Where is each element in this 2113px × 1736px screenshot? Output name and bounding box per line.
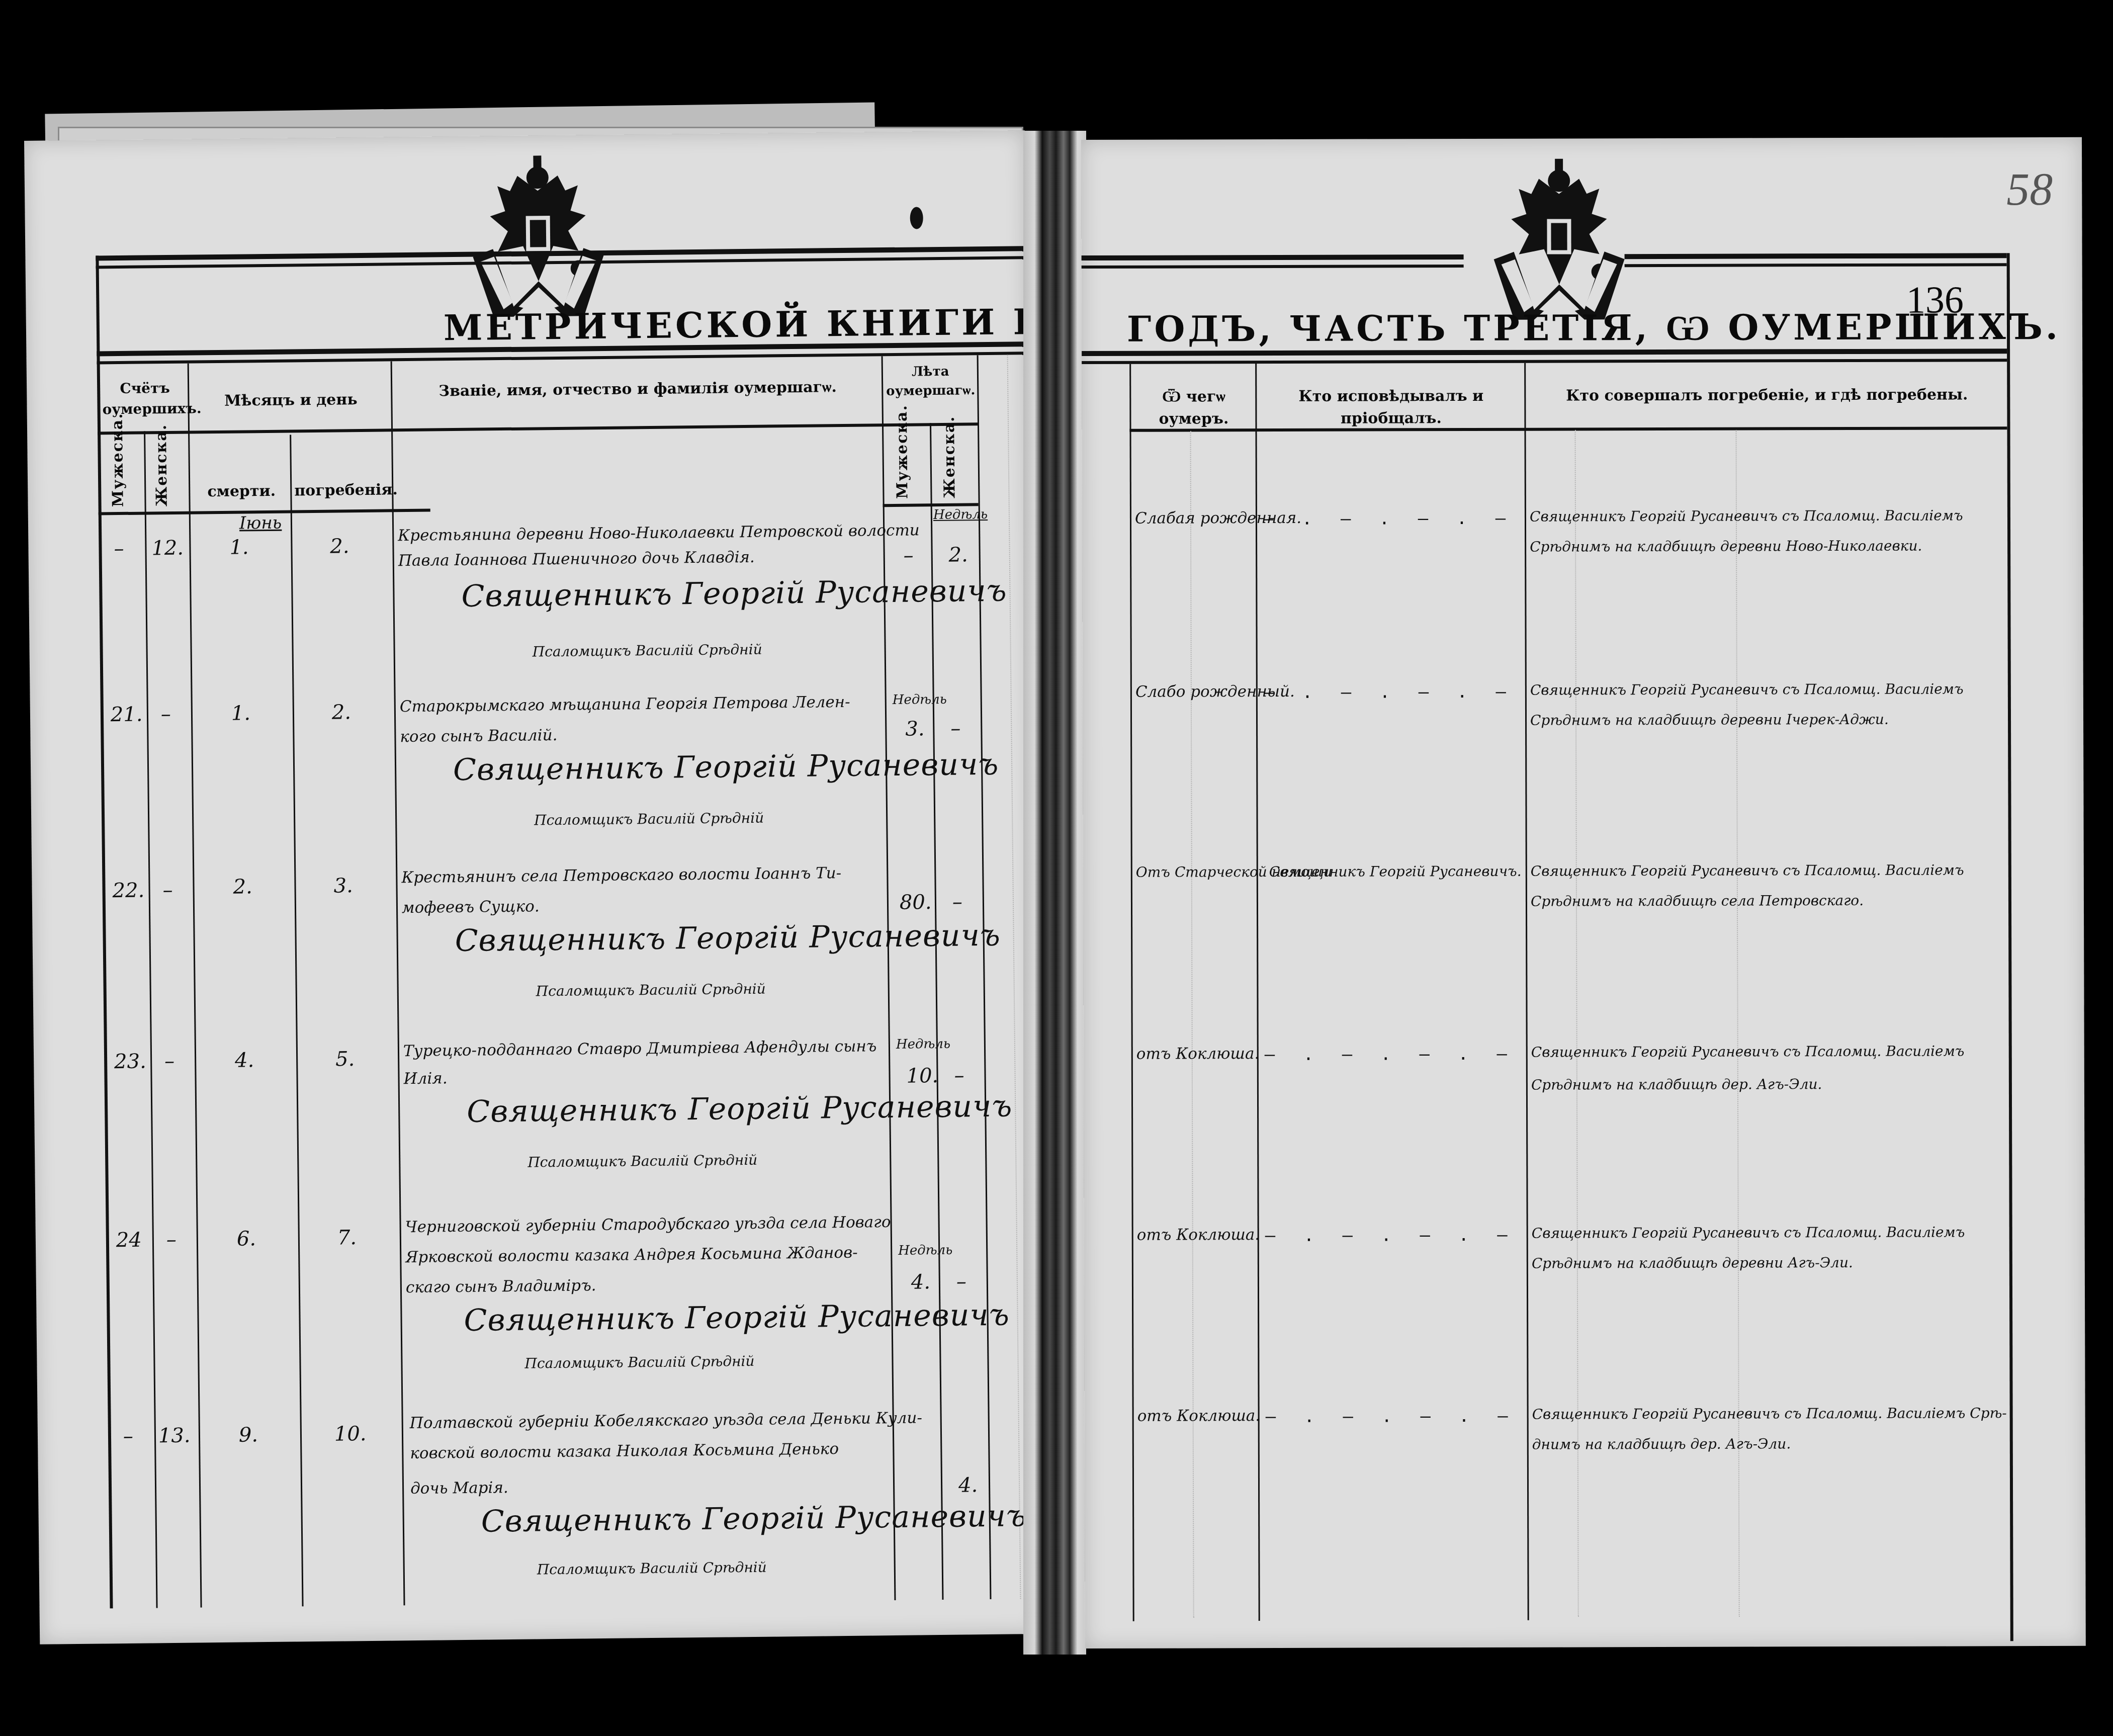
binding-hole — [910, 207, 923, 229]
entry-burial-line: Священникъ Георгій Русаневичъ съ Псаломщ… — [1531, 861, 1964, 879]
header-age: Лѣта оумершагѡ. — [884, 362, 978, 401]
imperial-eagle-emblem — [462, 155, 614, 322]
entry-death-day: 2. — [233, 875, 252, 898]
entry-row-right: отъ Коклюша. — . — . — . — Священникъ Ге… — [1081, 137, 2082, 140]
entry-row-right: Слабая рожденная. — . — . — . — Священни… — [1081, 137, 2082, 140]
entry-burial-day: 3. — [333, 874, 353, 897]
psalmist-signature: Псаломщикъ Василій Срѣдній — [524, 1353, 754, 1372]
entry-identity-line: Черниговской губерніи Стародубскаго уѣзд… — [405, 1213, 891, 1236]
priest-signature: Священникъ Георгій Русаневичъ — [461, 573, 1007, 614]
entry-identity-line: Павла Іоаннова Пшеничного дочь Клавдія. — [398, 548, 755, 570]
col-divider — [1255, 364, 1260, 1621]
entry-male-number: 23. — [114, 1050, 146, 1074]
entry-burial-day: 10. — [334, 1422, 367, 1446]
col-divider — [1129, 364, 1134, 1621]
entry-burial-day: 5. — [335, 1048, 355, 1071]
double-headed-eagle-icon — [462, 155, 614, 322]
psalmist-signature: Псаломщикъ Василій Срѣдній — [534, 810, 764, 829]
entry-age-male: 10. — [906, 1064, 938, 1088]
entry-burial-line: Священникъ Георгій Русаневичъ съ Псаломщ… — [1531, 1043, 1965, 1060]
entry-burial-line: Срѣднимъ на кладбищѣ деревни Ічерек-Аджи… — [1530, 711, 1889, 729]
double-headed-eagle-icon — [1483, 158, 1635, 325]
header-top-rule — [1082, 349, 2007, 364]
header-month-day: Мѣсяцъ и день — [193, 388, 389, 412]
archive-folio-number: 58 — [2006, 162, 2053, 216]
psalmist-signature: Псаломщикъ Василій Срѣдній — [537, 1559, 767, 1578]
entry-male-number: – — [114, 537, 124, 560]
entry-identity-line: Ярковской волости казака Андрея Косьмина… — [405, 1244, 858, 1266]
entry-burial-line: Священникъ Георгій Русаневичъ съ Псаломщ… — [1530, 507, 1963, 525]
entry-identity-line: ковской волости казака Николая Косьмина … — [410, 1440, 839, 1462]
entry-age-male: – — [903, 544, 913, 567]
imperial-eagle-emblem — [1483, 158, 1635, 325]
entry-row-right: отъ Коклюша. — . — . — . — Священникъ Ге… — [1081, 137, 2082, 140]
entry-identity-line: Полтавской губерніи Кобелякскаго уѣзда с… — [410, 1409, 923, 1432]
entry-burial-line: Срѣднимъ на кладбищѣ дер. Агъ-Эли. — [1531, 1076, 1822, 1093]
entry-death-day: 6. — [237, 1227, 256, 1250]
entry-confessor: — . — . — . — — [1264, 682, 1515, 703]
entry-death-day: 4. — [235, 1049, 254, 1072]
entry-identity-line: Крестьянина деревни Ново-Николаевки Петр… — [398, 521, 920, 545]
entry-male-number: 22. — [112, 879, 144, 903]
entry-burial-line: Срѣднимъ на кладбищѣ деревни Агъ-Эли. — [1532, 1254, 1853, 1272]
priest-signature: Священникъ Георгій Русаневичъ — [467, 1089, 1013, 1130]
entry-burial-line: Срѣднимъ на кладбищѣ деревни Ново-Никола… — [1530, 538, 1922, 555]
header-age-female: Женска. — [938, 432, 969, 498]
entry-confessor: — . — . — . — — [1265, 1225, 1517, 1246]
book-spine-binding — [1023, 131, 1086, 1655]
margin-guide — [1007, 355, 1021, 1599]
priest-signature: Священникъ Георгій Русаневичъ — [481, 1498, 1027, 1539]
entry-burial-day: 2. — [332, 701, 351, 724]
entry-female-number: – — [164, 1050, 174, 1073]
entry-row-right: отъ Коклюша. — . — . — . — Священникъ Ге… — [1081, 137, 2082, 140]
right-page: 58 136 ГОДЪ, ЧАСТЬ ТРЕТІЯ, Ѡ ОУМЕРШИХЪ. … — [1081, 137, 2086, 1648]
psalmist-signature: Псаломщикъ Василій Срѣдній — [536, 981, 766, 1000]
entry-age-female: – — [956, 1270, 966, 1293]
entry-female-number: – — [161, 703, 171, 726]
entry-identity-line: Крестьянинъ села Петровскаго волости Іоа… — [401, 864, 841, 887]
psalmist-signature: Псаломщикъ Василій Срѣдній — [533, 641, 762, 660]
entry-identity-line: Турецко-подданнаго Ставро Дмитріева Афен… — [403, 1037, 877, 1060]
entry-male-number: – — [123, 1425, 133, 1448]
entry-cause: отъ Коклюша. — [1137, 1407, 1261, 1425]
entry-age-male: 80. — [900, 891, 932, 914]
entry-identity-line: Илія. — [403, 1069, 447, 1088]
table-top-rule — [1625, 253, 2007, 267]
header-burial-officiant: Кто совершалъ погребеніе, и гдѣ погребен… — [1527, 384, 2007, 407]
col-divider — [188, 364, 202, 1608]
entry-age-male: 3. — [905, 717, 925, 740]
entry-identity-line: скаго сынъ Владиміръ. — [406, 1276, 596, 1296]
header-death-date: смерти. — [194, 480, 289, 503]
left-page: МЕТРИЧЕСКОЙ КНИГИ НА1912г. Счётъ оумерши… — [24, 130, 1040, 1644]
entry-female-number: – — [162, 879, 172, 902]
margin-guide — [1190, 431, 1194, 1618]
entry-burial-line: днимъ на кладбищѣ дер. Агъ-Эли. — [1532, 1435, 1791, 1452]
entry-female-number: 13. — [158, 1424, 191, 1448]
entry-age-female: 2. — [948, 543, 968, 566]
header-count-male: Мужеска. — [107, 442, 137, 507]
entry-age-unit: Недѣль — [896, 1036, 951, 1052]
entry-identity-line: Старокрымскаго мѣщанина Георгія Петрова … — [400, 693, 850, 716]
entry-cause: отъ Коклюша. — [1136, 1045, 1260, 1063]
entry-burial-line: Священникъ Георгій Русаневичъ съ Псаломщ… — [1532, 1405, 2007, 1422]
entry-male-number: 24 — [116, 1229, 142, 1252]
header-burial-date: погребенія. — [294, 479, 390, 501]
entry-death-day: 1. — [229, 536, 249, 559]
entry-burial-day: 2. — [330, 535, 349, 558]
priest-signature: Священникъ Георгій Русаневичъ — [455, 918, 1001, 959]
entry-confessor: — . — . — . — — [1265, 1044, 1516, 1065]
entry-identity-line: дочь Марія. — [410, 1479, 508, 1498]
psalmist-signature: Псаломщикъ Василій Срѣдній — [527, 1152, 757, 1171]
age-unit-label: Недѣль — [933, 507, 988, 523]
table-top-rule — [1082, 254, 1464, 269]
entry-burial-line: Священникъ Георгій Русаневичъ съ Псаломщ… — [1532, 1224, 1965, 1241]
entry-death-day: 9. — [239, 1423, 258, 1446]
col-divider — [290, 435, 303, 1606]
entry-age-unit: Недѣль — [898, 1243, 953, 1258]
priest-signature: Священникъ Георгій Русаневичъ — [464, 1297, 1010, 1338]
header-age-male: Мужеска. — [891, 433, 922, 499]
entry-female-number: 12. — [151, 537, 184, 560]
entry-cause: отъ Коклюша. — [1137, 1226, 1260, 1244]
col-divider — [144, 431, 158, 1608]
entry-row-right: Слабо рожденный. — . — . — . — Священник… — [1081, 137, 2082, 140]
header-confessor: Кто исповѣдывалъ и пріобщалъ. — [1258, 385, 1524, 429]
entry-female-number: – — [166, 1228, 177, 1251]
header-identity: Званіе, имя, отчество и фамилія оумершаг… — [399, 376, 876, 402]
entry-age-male: 4. — [911, 1270, 931, 1293]
title-prefix: МЕТРИЧЕСКОЙ КНИГИ НА — [444, 300, 1082, 349]
entry-confessor: — . — . — . — — [1263, 508, 1515, 529]
priest-signature: Священникъ Георгій Русаневичъ — [453, 747, 999, 788]
entry-age-unit: Недѣль — [893, 692, 947, 708]
entry-confessor: — . — . — . — — [1266, 1406, 1517, 1427]
month-label: Іюнь — [239, 513, 282, 534]
table-right-border — [2007, 253, 2013, 1641]
col-divider — [391, 361, 405, 1605]
col-divider — [1524, 363, 1529, 1620]
entry-burial-line: Срѣднимъ на кладбищѣ села Петровскаго. — [1531, 892, 1864, 910]
entry-age-female: – — [952, 891, 962, 914]
entry-age-female: – — [950, 717, 960, 740]
entry-confessor: Священникъ Георгій Русаневичъ. — [1269, 863, 1522, 880]
entry-row-right: Отъ Старческой немощи Священникъ Георгій… — [1081, 137, 2082, 140]
entry-age-female: 4. — [958, 1473, 978, 1497]
page-title-right: ГОДЪ, ЧАСТЬ ТРЕТІЯ, Ѡ ОУМЕРШИХЪ. — [1127, 306, 2061, 351]
entry-identity-line: кого сынъ Василій. — [400, 726, 557, 746]
entry-burial-day: 7. — [337, 1226, 357, 1249]
header-count-female: Женска. — [150, 441, 181, 507]
col-divider — [977, 355, 992, 1599]
header-mid-rule — [98, 422, 978, 435]
entry-burial-line: Священникъ Георгій Русаневичъ съ Псаломщ… — [1530, 680, 1964, 698]
header-cause-of-death: Ѿ чегѡ оумеръ. — [1132, 386, 1255, 430]
entry-identity-line: мофеевъ Сущко. — [402, 897, 540, 917]
entry-age-female: – — [954, 1064, 964, 1087]
entry-death-day: 1. — [231, 702, 251, 725]
entry-male-number: 21. — [111, 703, 143, 727]
